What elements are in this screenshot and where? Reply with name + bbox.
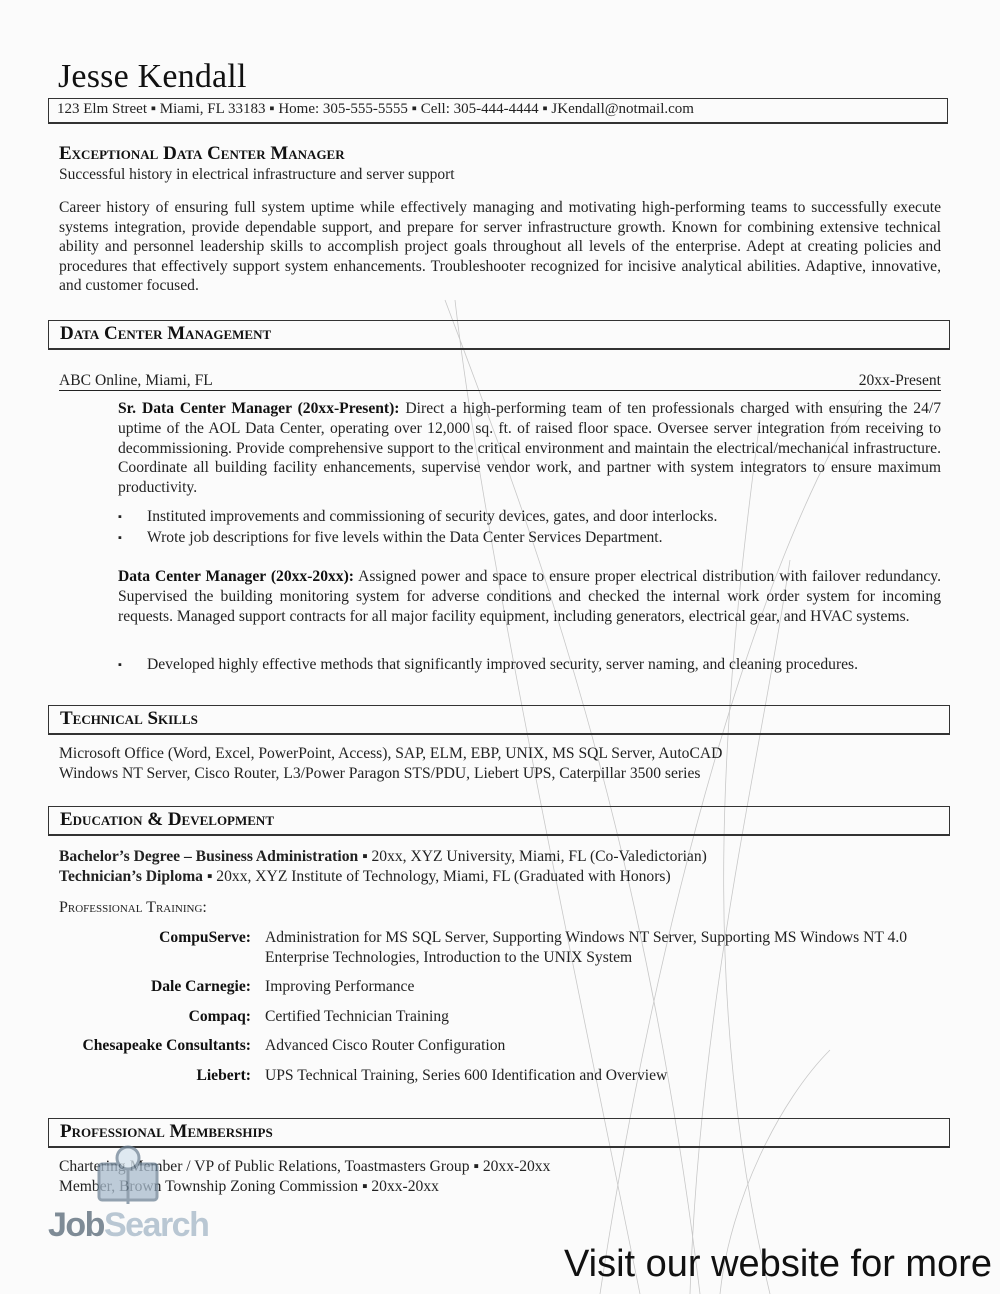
- section-header-skills: Technical Skills: [48, 705, 950, 735]
- skills-line: Windows NT Server, Cisco Router, L3/Powe…: [59, 764, 700, 784]
- training-table: CompuServe: Administration for MS SQL Se…: [59, 928, 949, 1096]
- education-item: Technician’s Diploma ▪ 20xx, XYZ Institu…: [59, 867, 671, 887]
- training-org: Liebert:: [59, 1066, 251, 1086]
- training-org: CompuServe:: [59, 928, 251, 967]
- training-row: Chesapeake Consultants: Advanced Cisco R…: [59, 1036, 949, 1056]
- training-row: Dale Carnegie: Improving Performance: [59, 977, 949, 997]
- section-header-management: Data Center Management: [48, 320, 950, 350]
- training-org: Dale Carnegie:: [59, 977, 251, 997]
- bullet-icon: ▪: [118, 528, 147, 549]
- training-row: Liebert: UPS Technical Training, Series …: [59, 1066, 949, 1086]
- employer-dates: 20xx-Present: [859, 371, 941, 390]
- book-magnifier-icon: [93, 1144, 163, 1206]
- employer-name: ABC Online, Miami, FL: [59, 371, 213, 390]
- skills-line: Microsoft Office (Word, Excel, PowerPoin…: [59, 744, 722, 764]
- training-desc: Certified Technician Training: [265, 1007, 935, 1027]
- training-row: Compaq: Certified Technician Training: [59, 1007, 949, 1027]
- training-desc: UPS Technical Training, Series 600 Ident…: [265, 1066, 935, 1086]
- bullet-icon: ▪: [118, 507, 147, 528]
- role-manager: Data Center Manager (20xx-20xx): Assigne…: [118, 567, 941, 626]
- list-item: ▪Developed highly effective methods that…: [118, 655, 948, 676]
- role-title: Sr. Data Center Manager (20xx-Present):: [118, 400, 400, 417]
- role-manager-bullets: ▪Developed highly effective methods that…: [118, 655, 948, 676]
- summary-paragraph: Career history of ensuring full system u…: [59, 198, 941, 296]
- decorative-curves: [0, 0, 1000, 1294]
- visit-website-link[interactable]: Visit our website for more: [564, 1243, 992, 1286]
- contact-info: 123 Elm Street ▪ Miami, FL 33183 ▪ Home:…: [48, 98, 948, 124]
- headline: Exceptional Data Center Manager: [59, 143, 345, 165]
- list-item: ▪Instituted improvements and commissioni…: [118, 507, 948, 528]
- employer-row: ABC Online, Miami, FL 20xx-Present: [59, 371, 941, 391]
- training-desc: Advanced Cisco Router Configuration: [265, 1036, 935, 1056]
- list-item: ▪Wrote job descriptions for five levels …: [118, 528, 948, 549]
- education-item: Bachelor’s Degree – Business Administrat…: [59, 847, 707, 867]
- logo-text: JobSearch: [48, 1206, 208, 1245]
- degree: Technician’s Diploma: [59, 868, 203, 885]
- candidate-name: Jesse Kendall: [58, 58, 247, 96]
- role-sr-manager: Sr. Data Center Manager (20xx-Present): …: [118, 399, 941, 498]
- degree: Bachelor’s Degree – Business Administrat…: [59, 848, 358, 865]
- training-label: Professional Training:: [59, 899, 207, 917]
- subheadline: Successful history in electrical infrast…: [59, 166, 455, 184]
- role-title: Data Center Manager (20xx-20xx):: [118, 568, 354, 585]
- training-desc: Improving Performance: [265, 977, 935, 997]
- jobsearch-logo[interactable]: JobSearch: [48, 1144, 213, 1254]
- training-desc: Administration for MS SQL Server, Suppor…: [265, 928, 935, 967]
- bullet-icon: ▪: [118, 655, 147, 676]
- role-sr-manager-bullets: ▪Instituted improvements and commissioni…: [118, 507, 948, 548]
- training-org: Chesapeake Consultants:: [59, 1036, 251, 1056]
- training-row: CompuServe: Administration for MS SQL Se…: [59, 928, 949, 967]
- training-org: Compaq:: [59, 1007, 251, 1027]
- section-header-education: Education & Development: [48, 806, 950, 836]
